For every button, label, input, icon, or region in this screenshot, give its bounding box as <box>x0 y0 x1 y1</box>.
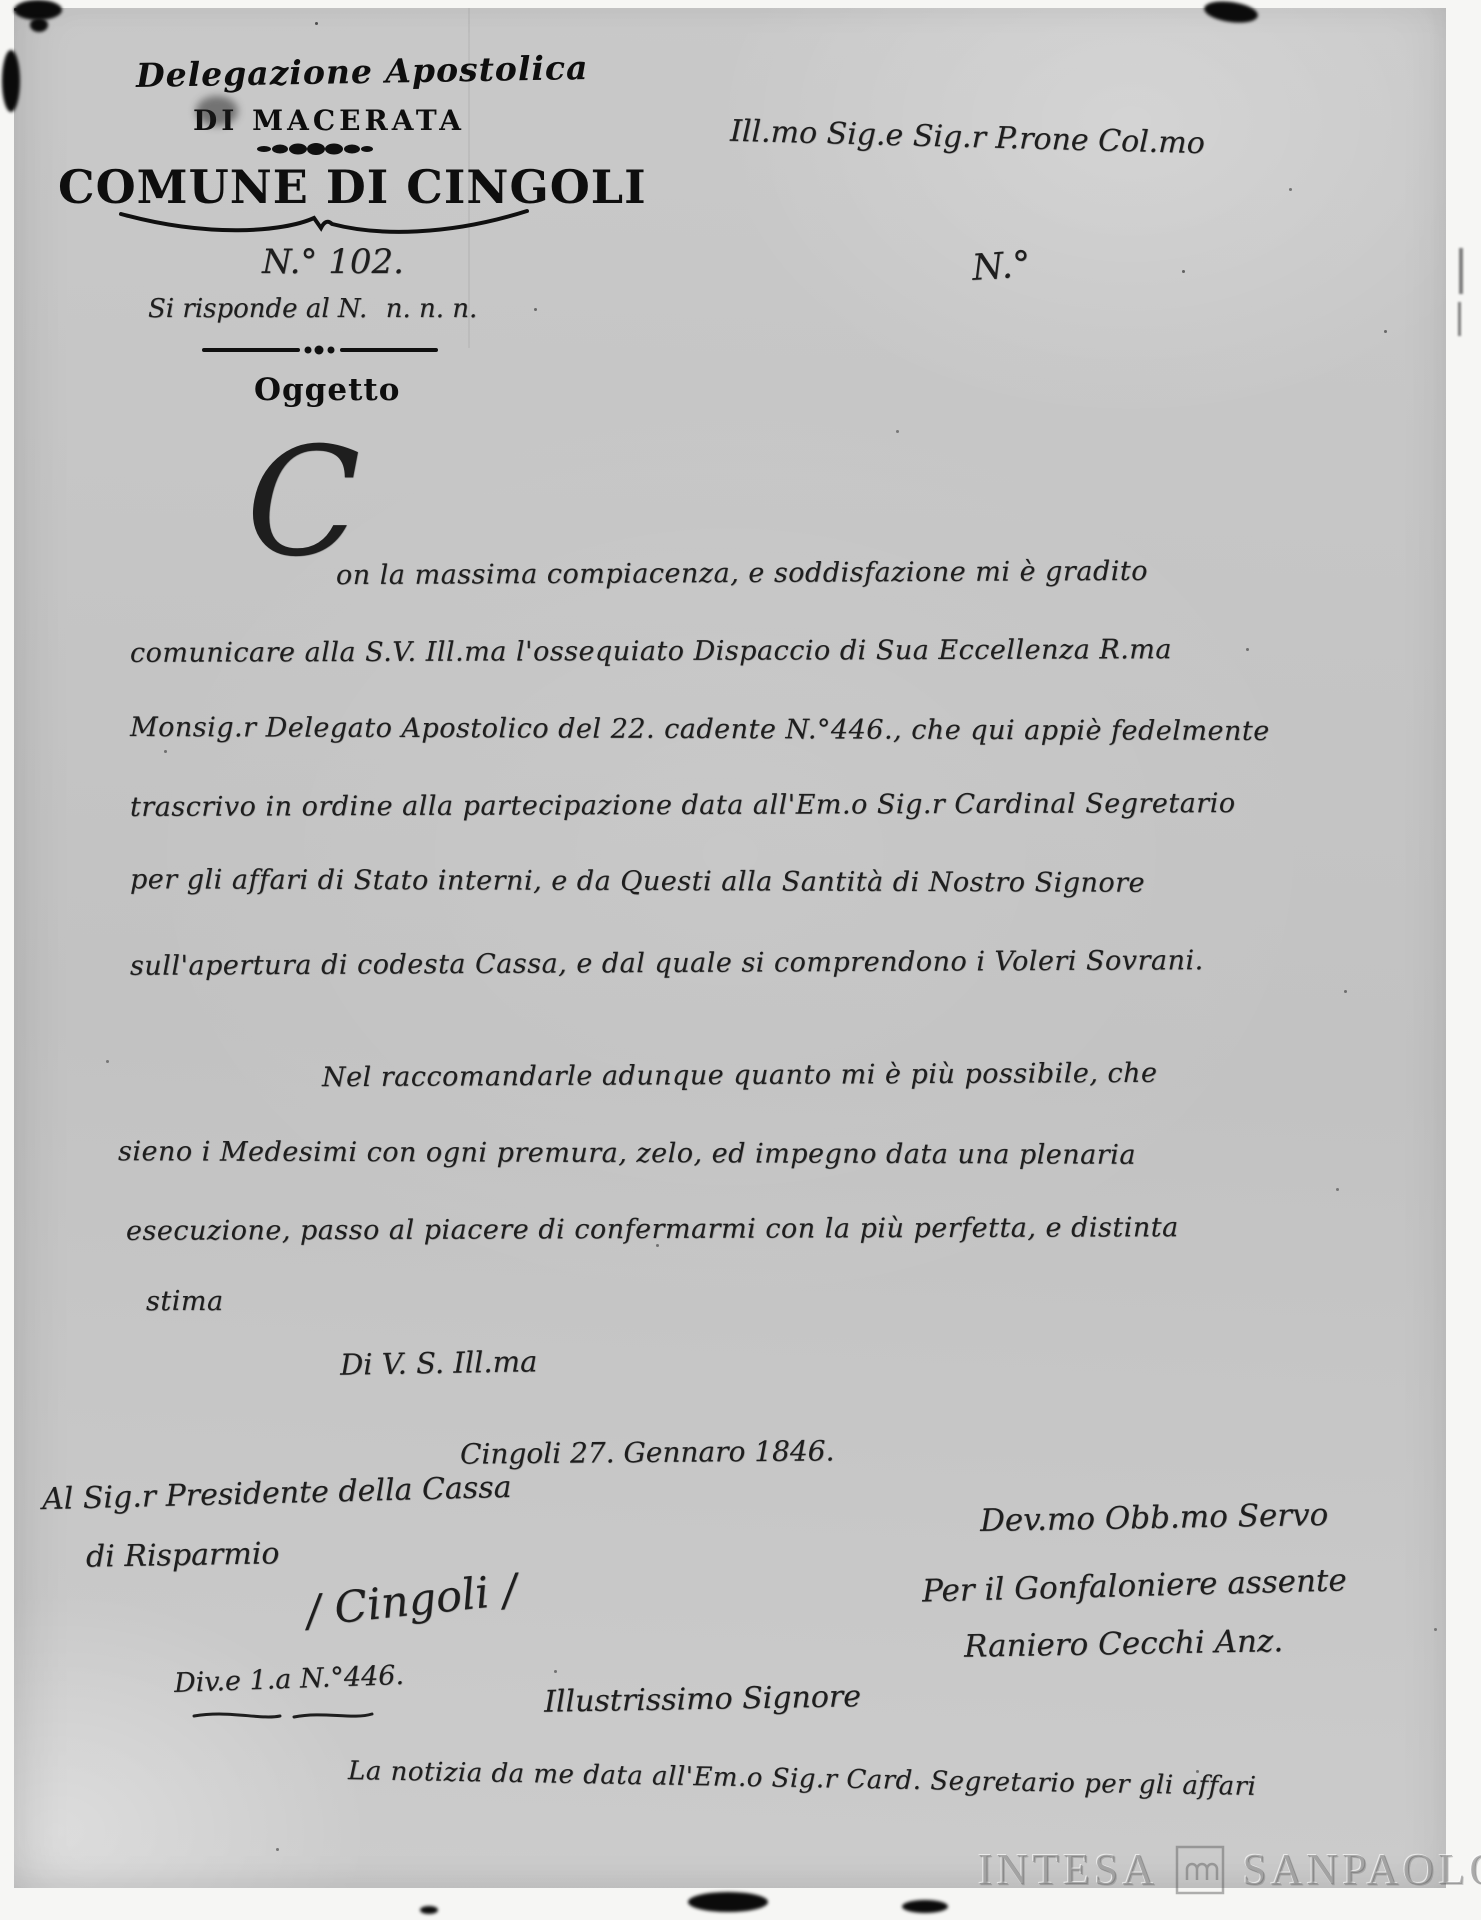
body-line: Nel raccomandarle adunque quanto mi è pi… <box>322 1058 1158 1093</box>
photo-artifact <box>688 1892 768 1912</box>
intesa-sanpaolo-arches-logo-icon <box>1174 1844 1226 1896</box>
postscript-line: La notizia da me data all'Em.o Sig.r Car… <box>348 1756 1257 1802</box>
address-division-number: Div.e 1.a N.°446. <box>174 1660 405 1699</box>
letterhead-ornament <box>256 140 374 158</box>
body-line: sieno i Medesimi con ogni premura, zelo,… <box>118 1136 1136 1171</box>
postscript-salutation: Illustrissimo Signore <box>544 1679 862 1720</box>
dateline: Cingoli 27. Gennaro 1846. <box>460 1434 835 1470</box>
letterhead-risponde-value: n. n. n. <box>386 294 478 324</box>
letter-paper: Delegazione Apostolica DI MACERATA COMUN… <box>14 8 1446 1888</box>
signature-servo-line: Dev.mo Obb.mo Servo <box>980 1497 1329 1539</box>
letterhead-protocol-number: N.° 102. <box>262 242 404 282</box>
body-line: esecuzione, passo al piacere di conferma… <box>126 1212 1179 1247</box>
signature-name: Raniero Cecchi Anz. <box>964 1623 1284 1665</box>
body-line: comunicare alla S.V. Ill.ma l'ossequiato… <box>130 634 1172 669</box>
address-place: / Cingoli / <box>304 1565 520 1637</box>
ink-smudge <box>196 96 238 126</box>
body-drop-cap: C <box>246 428 361 578</box>
body-line: on la massima compiacenza, e soddisfazio… <box>336 556 1148 591</box>
photo-edge-streak <box>1459 248 1463 294</box>
photo-artifact <box>420 1906 438 1914</box>
letterhead-divider-rule <box>202 344 438 356</box>
body-line: per gli affari di Stato interni, e da Qu… <box>130 864 1145 899</box>
watermark: INTESA SANPAOLO <box>978 1844 1481 1896</box>
letterhead-risponde-line: Si risponde al N. n. n. n. <box>148 294 477 324</box>
valediction: Di V. S. Ill.ma <box>340 1344 538 1381</box>
body-line: stima <box>146 1286 224 1317</box>
body-line: Monsig.r Delegato Apostolico del 22. cad… <box>130 712 1270 747</box>
photo-artifact <box>30 18 48 32</box>
photo-edge-streak <box>1458 302 1461 336</box>
address-line-2: di Risparmio <box>86 1536 280 1574</box>
letterhead-oggetto: Oggetto <box>254 372 400 408</box>
letterhead-risponde-label: Si risponde al N. <box>148 294 367 324</box>
letterhead-delegation: Delegazione Apostolica <box>136 48 589 95</box>
letterhead-brace-rule <box>118 206 530 240</box>
watermark-intesa-text: INTESA <box>978 1844 1158 1896</box>
photo-artifact <box>14 0 62 20</box>
signature-gonfaloniere-line: Per il Gonfaloniere assente <box>922 1562 1348 1609</box>
photo-artifact <box>2 50 20 112</box>
division-underline-flourish <box>190 1708 376 1724</box>
address-line-1: Al Sig.r Presidente della Cassa <box>42 1470 512 1517</box>
watermark-sanpaolo-text: SANPAOLO <box>1242 1844 1481 1896</box>
photo-artifact <box>902 1900 948 1913</box>
recipient-reference-number: N.° <box>971 244 1032 289</box>
body-line: sull'apertura di codesta Cassa, e dal qu… <box>130 945 1204 982</box>
body-line: trascrivo in ordine alla partecipazione … <box>130 788 1236 823</box>
document-photo: Delegazione Apostolica DI MACERATA COMUN… <box>0 0 1481 1920</box>
recipient-salutation: Ill.mo Sig.e Sig.r P.rone Col.mo <box>730 114 1206 161</box>
